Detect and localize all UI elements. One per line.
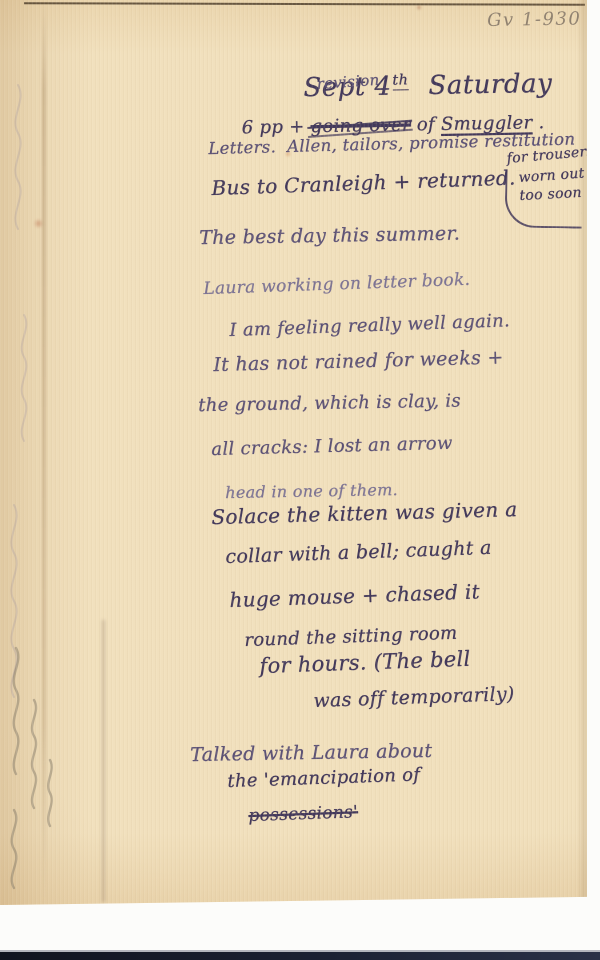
line-kitten2: collar with a bell; caught a [225,537,492,568]
line-kitten6: was off temporarily) [313,683,515,712]
margin-bracket [505,170,583,228]
left-crease [42,0,46,905]
line-bus: Bus to Cranleigh + returned. [211,165,516,200]
left-fold-shading [0,0,92,905]
line-rain3: all cracks: I lost an arrow [211,433,453,460]
line-rain1: It has not rained for weeks + [213,346,504,376]
scan-edge-band [0,952,600,960]
page-right-edge [577,0,587,905]
line-kitten5: for hours. (The bell [259,647,471,678]
page-top-edge [24,2,585,5]
bottom-left-crease [102,620,105,902]
line-kitten3: huge mouse + chased it [229,579,480,612]
line-laura: Laura working on letter book. [203,270,471,299]
line-talk2: the 'emancipation of [227,764,421,792]
archive-ref-mark: Gv 1-930 [487,8,582,31]
line-talk3-struck: possessions' [248,802,358,826]
line-rain4: head in one of them. [225,480,398,502]
line-feeling: I am feeling really well again. [229,310,510,341]
line-best-day: The best day this summer. [199,222,460,249]
heading-ordinal: th [392,73,408,91]
line-rain2: the ground, which is clay, is [198,390,461,416]
line-kitten4: round the sitting room [244,623,458,651]
paper-sheet: Gv 1-930 Sept 4thSaturday revision 6 pp … [0,0,587,905]
paper-stain [416,5,422,10]
opening-pre: 6 pp + [242,116,311,138]
scanned-page: Gv 1-930 Sept 4thSaturday revision 6 pp … [0,0,600,960]
line-kitten1: Solace the kitten was given a [211,497,518,529]
line-talk1: Talked with Laura about [190,740,433,766]
